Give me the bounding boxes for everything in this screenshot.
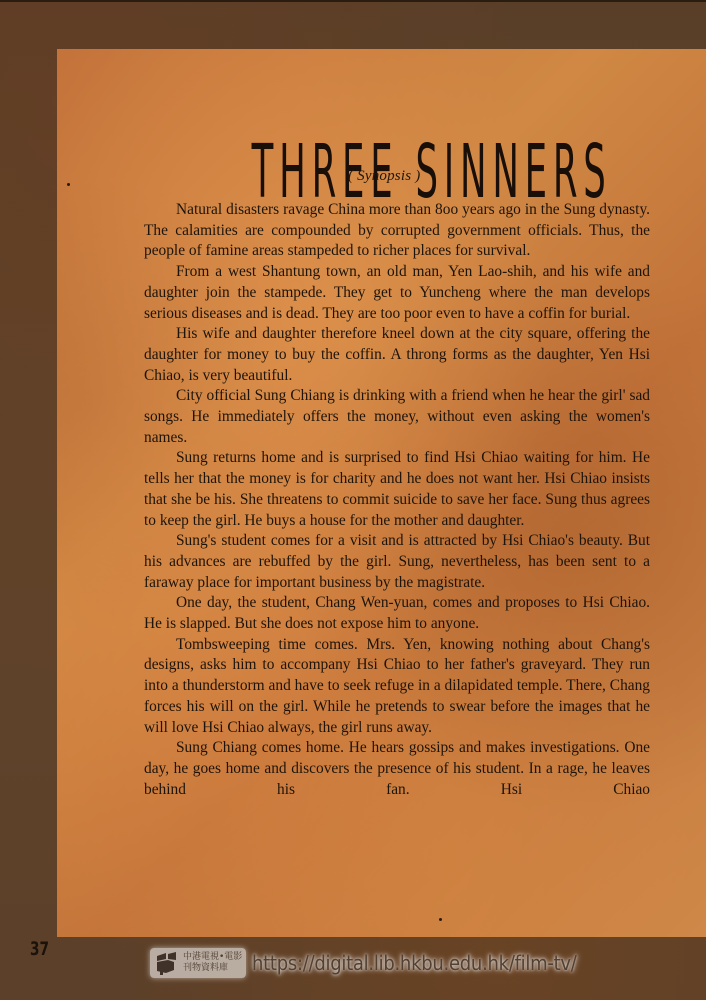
watermark-logo: 中港電視•電影 刊物資料庫: [150, 948, 246, 978]
page-number: 37: [30, 938, 49, 960]
film-projector-icon: [154, 950, 180, 976]
synopsis-paragraph: Sung returns home and is surprised to fi…: [144, 448, 650, 531]
paper-speck: [439, 918, 442, 921]
synopsis-paragraph: One day, the student, Chang Wen-yuan, co…: [144, 593, 650, 634]
page-subtitle: ( Synopsis ): [348, 168, 420, 185]
synopsis-paragraph: From a west Shantung town, an old man, Y…: [144, 262, 650, 324]
synopsis-paragraph: Sung's student comes for a visit and is …: [144, 531, 650, 593]
watermark-org-line1: 中港電視•電影: [183, 952, 242, 963]
synopsis-paragraph: Tombsweeping time comes. Mrs. Yen, knowi…: [144, 635, 650, 739]
synopsis-paragraph: His wife and daughter therefore kneel do…: [144, 324, 650, 386]
watermark-url: https://digital.lib.hkbu.edu.hk/film-tv/: [252, 951, 577, 975]
page-top-edge: [0, 0, 706, 2]
synopsis-paragraph: Sung Chiang comes home. He hears gossips…: [144, 738, 650, 800]
paper-speck: [67, 183, 70, 186]
synopsis-paragraph: Natural disasters ravage China more than…: [144, 200, 650, 262]
watermark-org-name: 中港電視•電影 刊物資料庫: [183, 952, 242, 974]
watermark: 中港電視•電影 刊物資料庫 https://digital.lib.hkbu.e…: [150, 948, 613, 978]
synopsis-body: Natural disasters ravage China more than…: [144, 200, 650, 800]
synopsis-paragraph: City official Sung Chiang is drinking wi…: [144, 386, 650, 448]
watermark-org-line2: 刊物資料庫: [183, 963, 242, 974]
